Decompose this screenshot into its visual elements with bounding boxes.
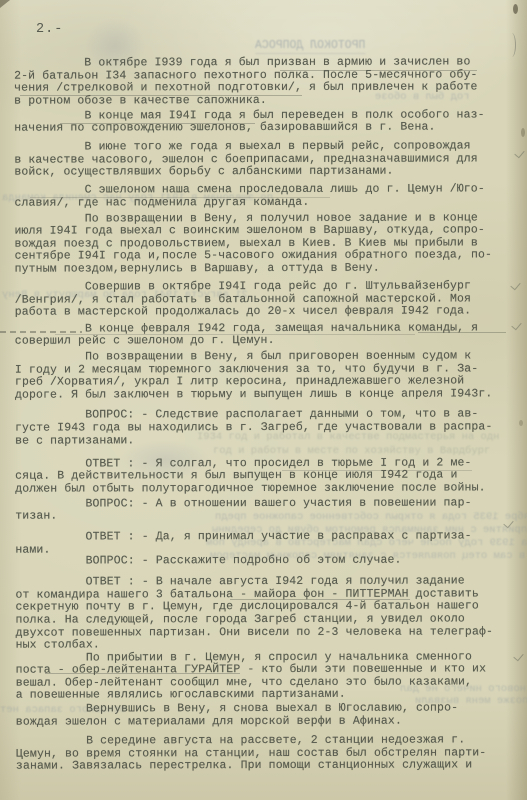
underline-mark — [20, 95, 302, 96]
question-paragraph: ВОПРОС: - А в отношении вашего участия в… — [15, 497, 518, 524]
pencil-brace-mark — [509, 33, 516, 57]
body-paragraph: В октябре I939 года я был призван в арми… — [14, 56, 517, 108]
dash-line-mark — [0, 331, 82, 333]
question-paragraph: ВОПРОС: - Следствие располагает данными … — [15, 409, 518, 448]
underline-mark — [230, 599, 410, 600]
paper-speck — [521, 128, 525, 137]
corner-stain — [0, 0, 10, 8]
underline-mark — [280, 70, 477, 71]
underline-mark — [282, 470, 472, 471]
question-paragraph: ВОПРОС: - Расскажите подробно об этом сл… — [15, 554, 518, 568]
body-paragraph: В середине августа на рассвете, 2 станци… — [16, 735, 519, 774]
underline-mark — [418, 332, 506, 333]
underline-mark — [45, 673, 240, 674]
typed-text-block: В октябре I939 года я был призван в арми… — [14, 56, 519, 773]
body-paragraph: По прибытии в г. Цемун, я спросил у нача… — [16, 651, 519, 703]
answer-paragraph: ОТВЕТ : - Да, я принимал участие в распр… — [15, 530, 518, 557]
underline-mark — [30, 197, 330, 198]
paper-speck — [519, 420, 523, 426]
paper-speck — [513, 4, 518, 14]
body-paragraph: По возвращении в Вену, я получил новое з… — [14, 212, 517, 276]
underline-mark — [55, 334, 415, 335]
answer-paragraph: ОТВЕТ : - Я солгал, что просидел в тюрьм… — [15, 457, 518, 496]
page-number: 2.- — [36, 22, 63, 37]
body-paragraph: Вернувшись в Вену, я снова выехал в Югос… — [16, 703, 519, 730]
bleedthrough-header: ПРОТОКОЛ ДОПРОСА — [255, 40, 365, 54]
scanned-protocol-page: 2.- ПРОТОКОЛ ДОПРОСА год был в обозе по … — [0, 0, 527, 800]
body-paragraph: По возвращении в Вену, я был приговорен … — [15, 350, 518, 402]
body-paragraph: В июне того же года я выехал в первый ре… — [14, 140, 517, 179]
underline-mark — [60, 123, 255, 124]
body-paragraph: Совершив в октябре I94I года рейс до г. … — [15, 280, 518, 319]
answer-paragraph: ОТВЕТ : - В начале августа I942 года я п… — [15, 575, 518, 652]
